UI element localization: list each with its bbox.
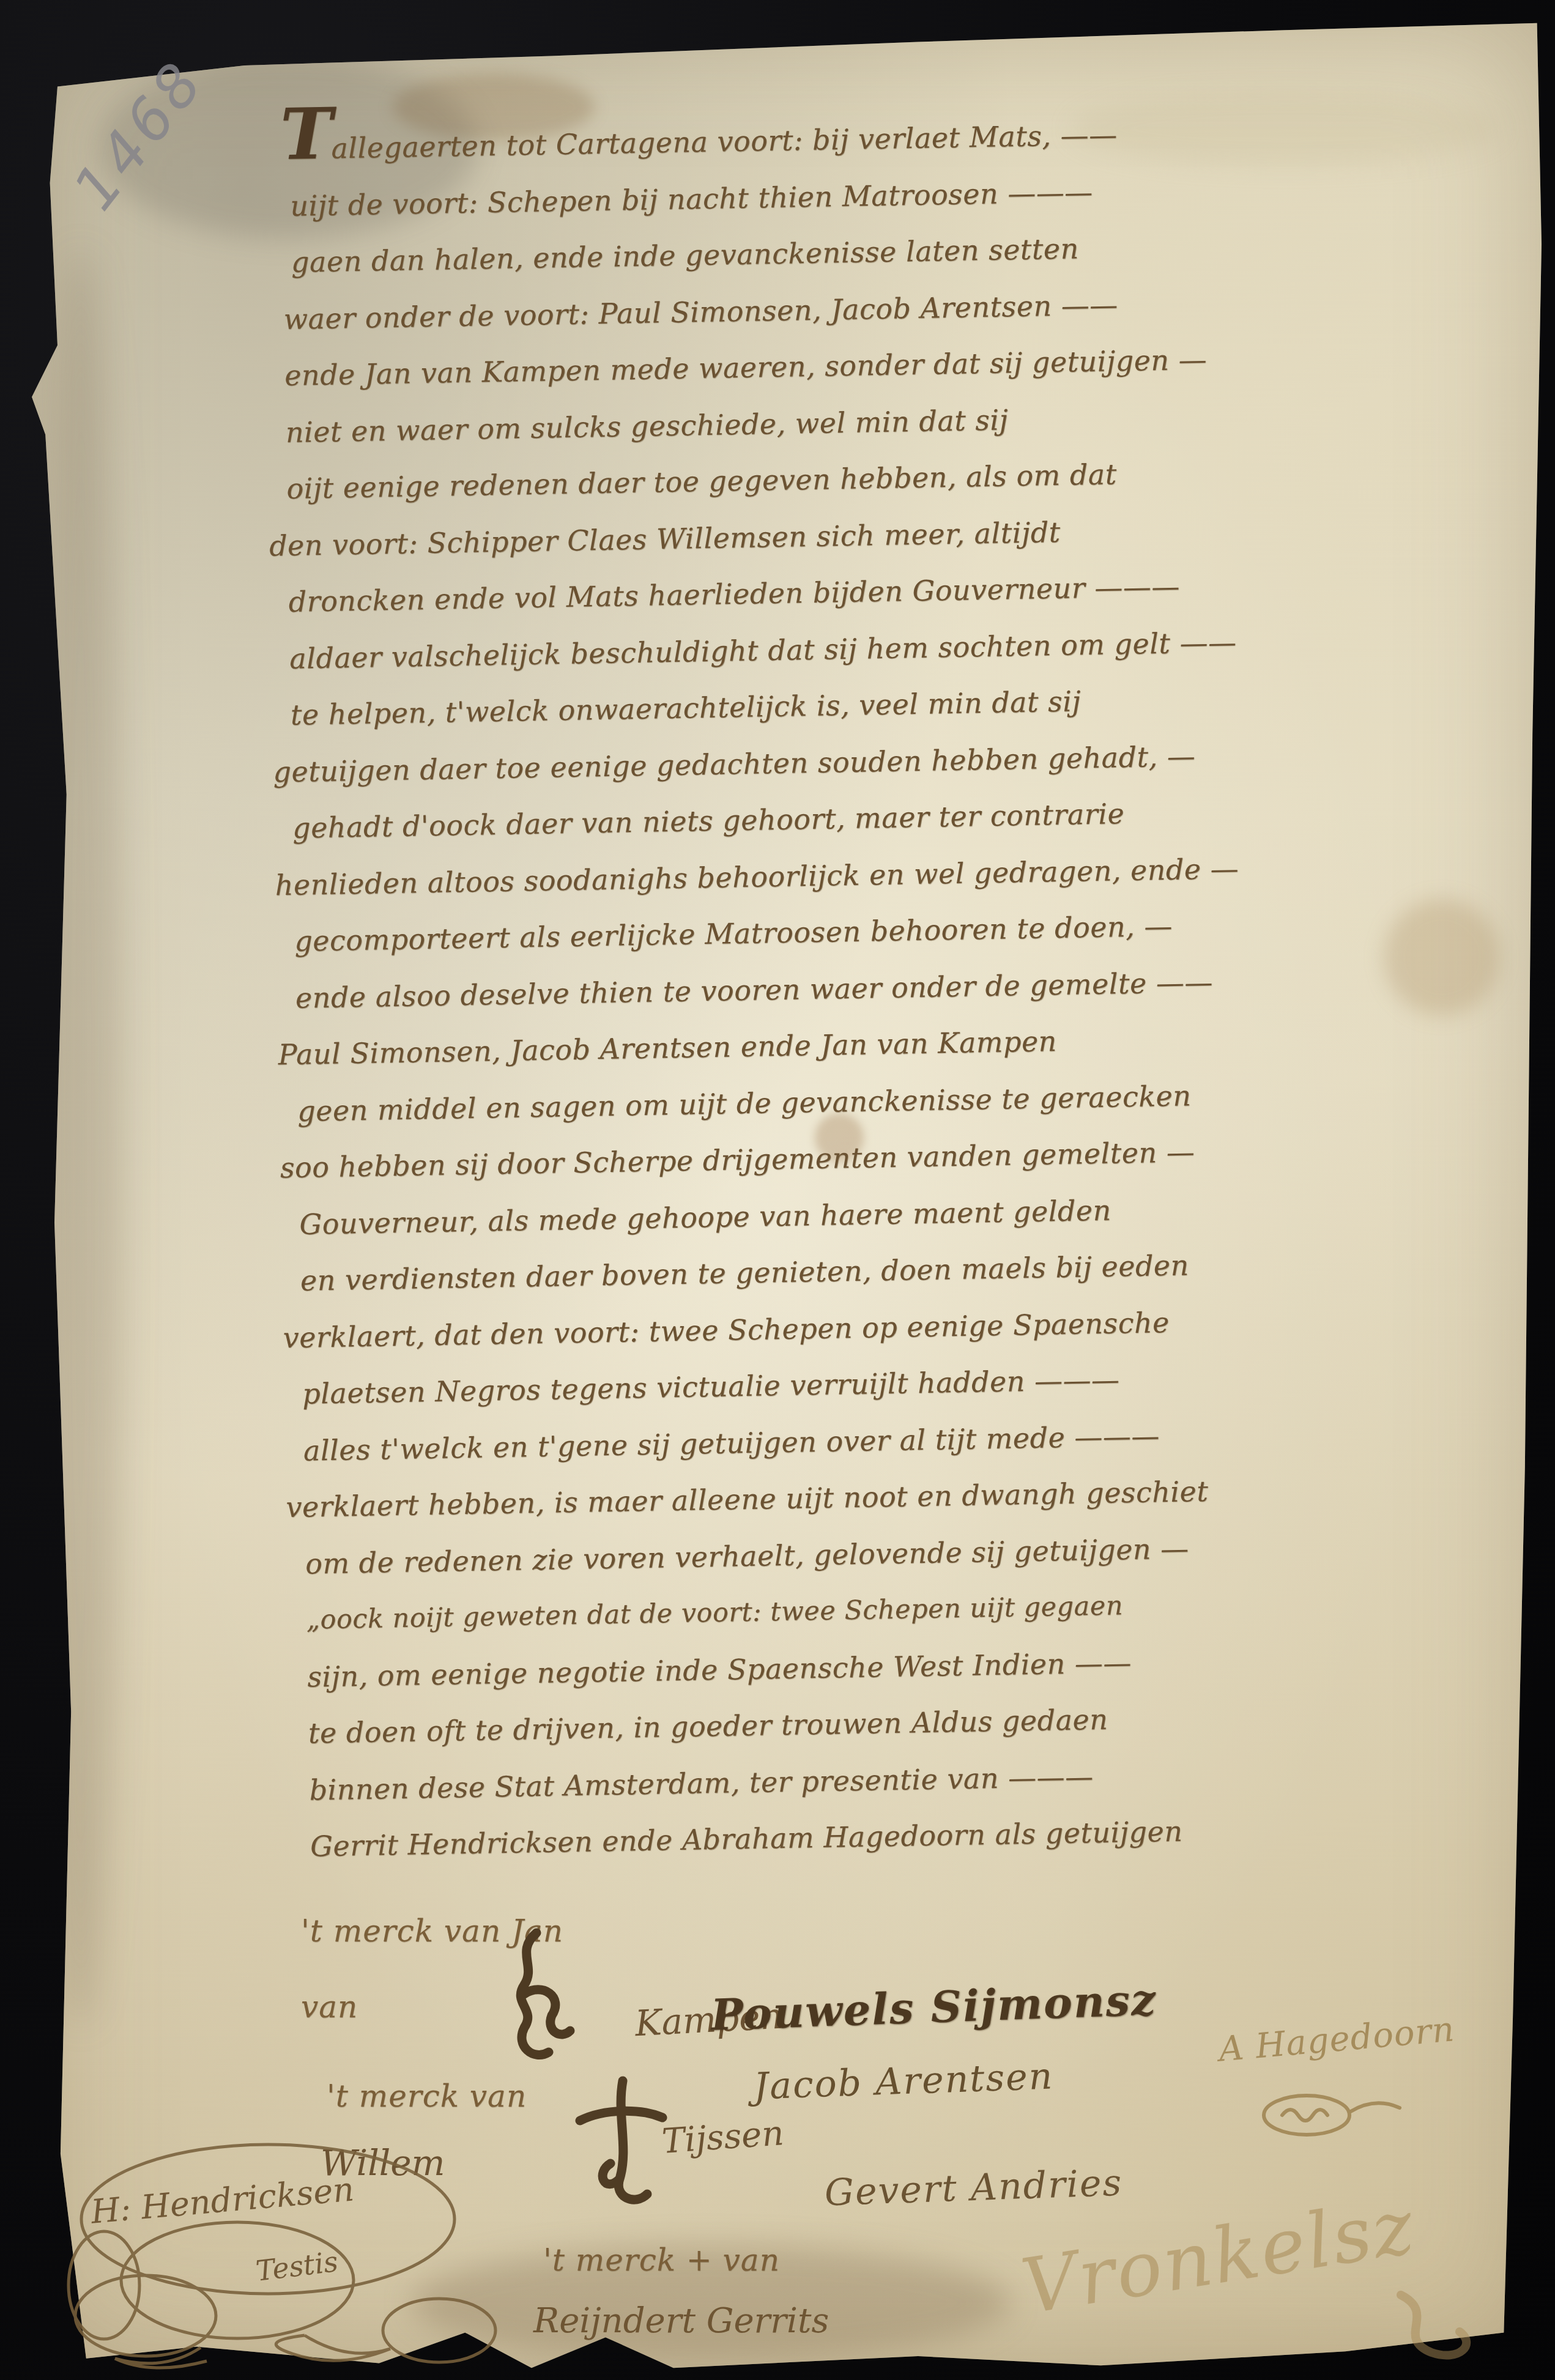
signature-gevert-andries: Gevert Andries xyxy=(824,2162,1123,2215)
faded-signature-flourish-icon xyxy=(1376,2289,1505,2380)
hagedoorn-paraph-icon xyxy=(1258,2087,1405,2140)
signature-pouwels-sijmonsz: Pouwels Sijmonsz xyxy=(710,1974,1157,2040)
merck-caption-reijndert: 't merck + van xyxy=(543,2242,780,2278)
merck-caption-willem: 't merck van xyxy=(327,2078,527,2114)
deposition-text: Tallegaerten tot Cartagena voort: bij ve… xyxy=(280,99,1555,1875)
signature-hagedoorn: A Hagedoorn xyxy=(1217,2009,1457,2069)
manuscript-content: 1468 Tallegaerten tot Cartagena voort: b… xyxy=(0,0,1555,2380)
witness-mark-willem-icon xyxy=(568,2075,672,2206)
pencil-archival-number: 1468 xyxy=(60,47,218,223)
merck-name-tijssen: Tijssen xyxy=(661,2113,785,2162)
signature-jacob-arentsen: Jacob Arentsen xyxy=(753,2055,1054,2108)
witness-mark-jan-icon xyxy=(484,1927,576,2067)
merck-name-reijndert-gerrits: Reijndert Gerrits xyxy=(533,2301,829,2341)
merck-caption-jan-2: van xyxy=(301,1989,358,2025)
